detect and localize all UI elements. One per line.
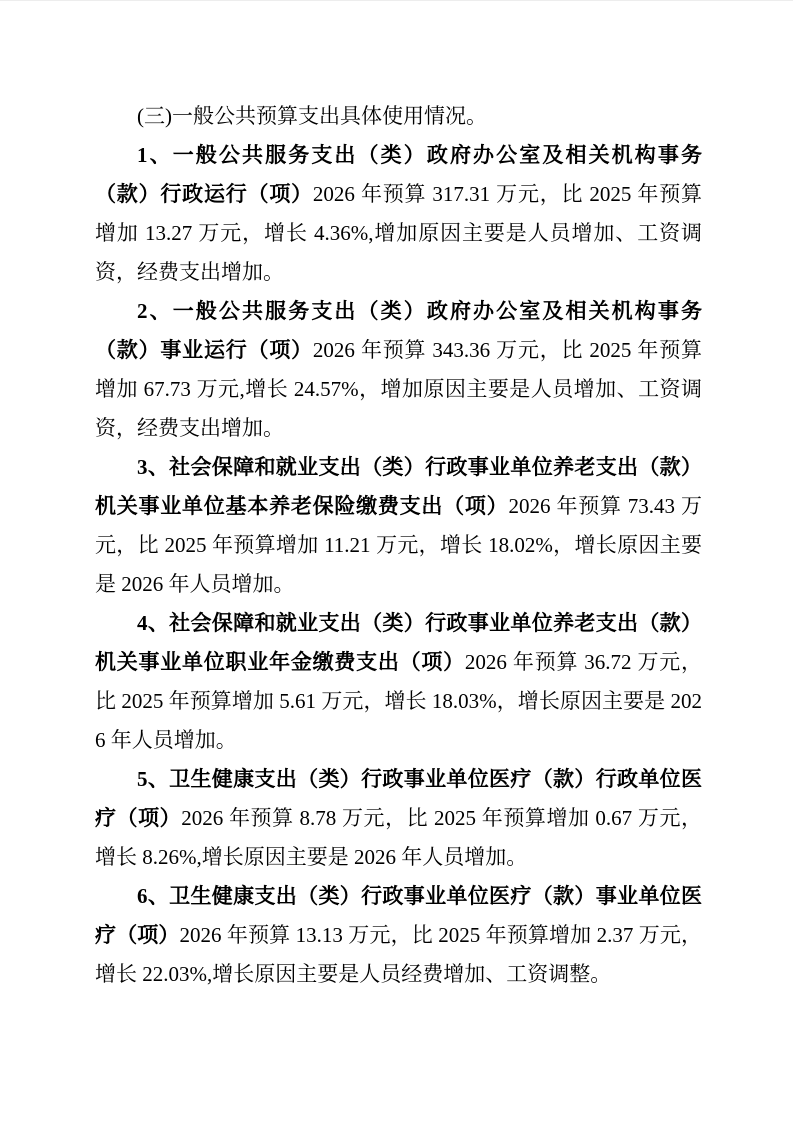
budget-paragraph-5: 5、卫生健康支出（类）行政事业单位医疗（款）行政单位医疗（项）2026 年预算 … xyxy=(95,760,702,877)
document-page: (三)一般公共预算支出具体使用情况。 1、一般公共服务支出（类）政府办公室及相关… xyxy=(0,0,793,1122)
section-heading: (三)一般公共预算支出具体使用情况。 xyxy=(95,97,702,136)
budget-paragraph-6: 6、卫生健康支出（类）行政事业单位医疗（款）事业单位医疗（项）2026 年预算 … xyxy=(95,877,702,994)
budget-paragraph-2: 2、一般公共服务支出（类）政府办公室及相关机构事务（款）事业运行（项）2026 … xyxy=(95,292,702,448)
paragraph-5-body: 2026 年预算 8.78 万元，比 2025 年预算增加 0.67 万元，增长… xyxy=(95,806,702,869)
budget-paragraph-1: 1、一般公共服务支出（类）政府办公室及相关机构事务（款）行政运行（项）2026 … xyxy=(95,136,702,292)
budget-paragraph-4: 4、社会保障和就业支出（类）行政事业单位养老支出（款）机关事业单位职业年金缴费支… xyxy=(95,604,702,760)
budget-paragraph-3: 3、社会保障和就业支出（类）行政事业单位养老支出（款）机关事业单位基本养老保险缴… xyxy=(95,448,702,604)
paragraph-6-body: 2026 年预算 13.13 万元，比 2025 年预算增加 2.37 万元，增… xyxy=(95,923,702,986)
